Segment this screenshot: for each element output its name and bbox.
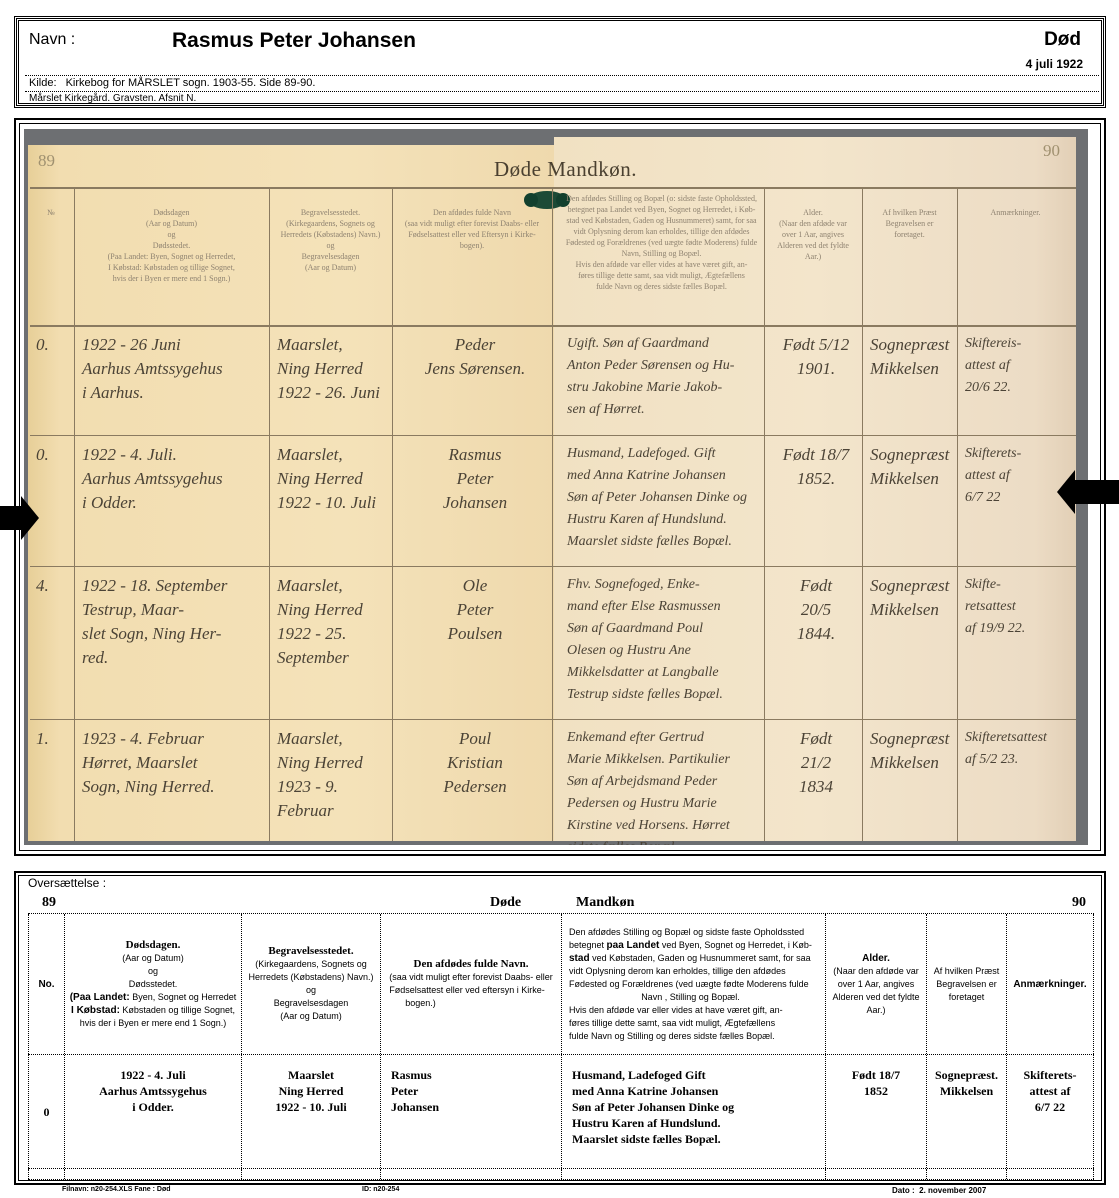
translation-label: Oversættelse : [28,876,106,890]
cell-status: Husmand, Ladefoged Gift med Anna Katrine… [561,1055,825,1168]
ledger-header-death: Dødsdagen (Aar og Datum) og Dødsstedet. … [76,207,267,284]
ledger-entry-age: Født 5/12 1901. [772,333,860,381]
ledger-page-number-left: 89 [38,151,55,171]
divider [25,91,1099,92]
arrow-right-icon [0,498,40,540]
ledger-entry-burial: Maarslet, Ning Herred 1922 - 25. Septemb… [277,574,390,670]
ledger-entry-status: Fhv. Sognefoged, Enke- mand efter Else R… [567,574,762,706]
ledger-entry-age: Født 21/2 1834 [772,727,860,799]
ledger-entry-age: Født 20/5 1844. [772,574,860,646]
ledger-entry-notes: Skiftereis- attest af 20/6 22. [965,333,1072,399]
church-book-photo: 89 90 Døde Mandkøn. №Dødsdagen (Aar og D… [24,129,1088,845]
source-label: Kilde: [29,77,57,89]
divider [25,75,1099,76]
header-notes: Anmærkninger. [1006,914,1094,1054]
footer-filename: Filnavn: n20-254.XLS Fane : Død [62,1186,171,1193]
cell-burial: Maarslet Ning Herred 1922 - 10. Juli [241,1055,380,1168]
ledger-entry-name: Rasmus Peter Johansen [400,443,550,515]
header-status: Den afdødes Stilling og Bopæl og sidste … [561,914,825,1054]
footer-date: Dato : 2. november 2007 [892,1186,986,1195]
header-priest: Af hvilken Præst Begravelsen er foretage… [926,914,1006,1054]
ledger-entry-name: Ole Peter Poulsen [400,574,550,646]
ledger-entry-priest: Sognepræst Mikkelsen [870,443,955,491]
ledger-entry-priest: Sognepræst Mikkelsen [870,574,955,622]
ledger-entry-no: 4. [36,574,72,598]
table-header-row: No. Dødsdagen. (Aar og Datum) og Dødsste… [28,913,1094,1054]
ledger-header-name: Den afdødes fulde Navn (saa vidt muligt … [394,207,550,251]
table-row-empty [28,1168,1094,1180]
cell-priest: Sognepræst. Mikkelsen [926,1055,1006,1168]
header-no: No. [28,914,64,1054]
ledger-entry-notes: Skifte- retsattest af 19/9 22. [965,574,1072,640]
source-text: Kirkebog for MÅRSLET sogn. 1903-55. Side… [66,77,316,89]
ledger-entry-age: Født 18/7 1852. [772,443,860,491]
cell-death: 1922 - 4. Juli Aarhus Amtssygehus i Odde… [64,1055,241,1168]
church-book-photo-frame: 89 90 Døde Mandkøn. №Dødsdagen (Aar og D… [14,118,1106,856]
cell-no: 0 [28,1055,64,1168]
ledger-entry-death: 1923 - 4. Februar Hørret, Maarslet Sogn,… [82,727,267,799]
ledger-page-number-right: 90 [1043,141,1060,161]
header-name: Den afdødes fulde Navn. (saa vidt muligt… [380,914,561,1054]
ledger-entry-death: 1922 - 18. September Testrup, Maar- slet… [82,574,267,670]
ledger-entry-death: 1922 - 4. Juli. Aarhus Amtssygehus i Odd… [82,443,267,515]
ledger-entry-notes: Skifterets- attest af 6/7 22 [965,443,1072,509]
ledger-entry-status: Husmand, Ladefoged. Gift med Anna Katrin… [567,443,762,553]
ledger-entry-death: 1922 - 26 Juni Aarhus Amtssygehus i Aarh… [82,333,267,405]
arrow-left-icon [1057,472,1119,516]
table-row: 0 1922 - 4. Juli Aarhus Amtssygehus i Od… [28,1054,1094,1168]
event-type: Død [1044,29,1081,51]
ledger-entry-status: Ugift. Søn af Gaardmand Anton Peder Søre… [567,333,762,421]
ledger-entry-no: 0. [36,443,72,467]
ledger-title: Døde Mandkøn. [494,157,637,182]
ledger-header-notes: Anmærkninger. [959,207,1072,218]
ledger-header-no: № [30,207,72,218]
cell-age: Født 18/7 1852 [825,1055,926,1168]
footer-id: ID: n20-254 [362,1186,399,1193]
ledger-header-status: Den afdødes Stilling og Bopæl (o: sidste… [561,193,762,292]
ledger-header-priest: Af hvilken Præst Begravelsen er foretage… [864,207,955,240]
translation-page-left: 89 [42,895,56,911]
person-name: Rasmus Peter Johansen [172,29,416,53]
ledger-entry-notes: Skifteretsattest af 5/2 23. [965,727,1072,771]
ledger-entry-name: Peder Jens Sørensen. [400,333,550,381]
ledger-header-burial: Begravelsesstedet. (Kirkegaardens, Sogne… [271,207,390,273]
event-date: 4 juli 1922 [1026,57,1083,71]
record-header: Navn : Rasmus Peter Johansen Død 4 juli … [14,16,1106,108]
header-age: Alder. (Naar den afdøde var over 1 Aar, … [825,914,926,1054]
cell-name: Rasmus Peter Johansen [380,1055,561,1168]
translation-title: Døde [490,895,521,911]
name-label: Navn : [29,31,75,49]
header-burial: Begravelsesstedet. (Kirkegaardens, Sogne… [241,914,380,1054]
translation-subtitle: Mandkøn [576,895,634,911]
ledger-entry-no: 0. [36,333,72,357]
ledger-entry-status: Enkemand efter Gertrud Marie Mikkelsen. … [567,727,762,845]
ledger-entry-name: Poul Kristian Pedersen [400,727,550,799]
ledger-header-age: Alder. (Naar den afdøde var over 1 Aar, … [766,207,860,262]
header-death: Dødsdagen. (Aar og Datum) og Dødsstedet.… [64,914,241,1054]
cell-notes: Skifterets- attest af 6/7 22 [1006,1055,1094,1168]
ledger-entry-burial: Maarslet, Ning Herred 1923 - 9. Februar [277,727,390,823]
translation-page-right: 90 [1072,895,1086,911]
ledger-entry-priest: Sognepræst Mikkelsen [870,727,955,775]
translation-box: Oversættelse : 89 Døde Mandkøn 90 No. Dø… [14,871,1106,1185]
source-line: Kilde: Kirkebog for MÅRSLET sogn. 1903-5… [29,77,315,89]
grave-text: Mårslet Kirkegård. Gravsten. Afsnit N. [29,93,196,104]
ledger-entry-burial: Maarslet, Ning Herred 1922 - 10. Juli [277,443,390,515]
ledger-entry-priest: Sognepræst Mikkelsen [870,333,955,381]
ledger-entry-no: 1. [36,727,72,751]
ledger-entry-burial: Maarslet, Ning Herred 1922 - 26. Juni [277,333,390,405]
